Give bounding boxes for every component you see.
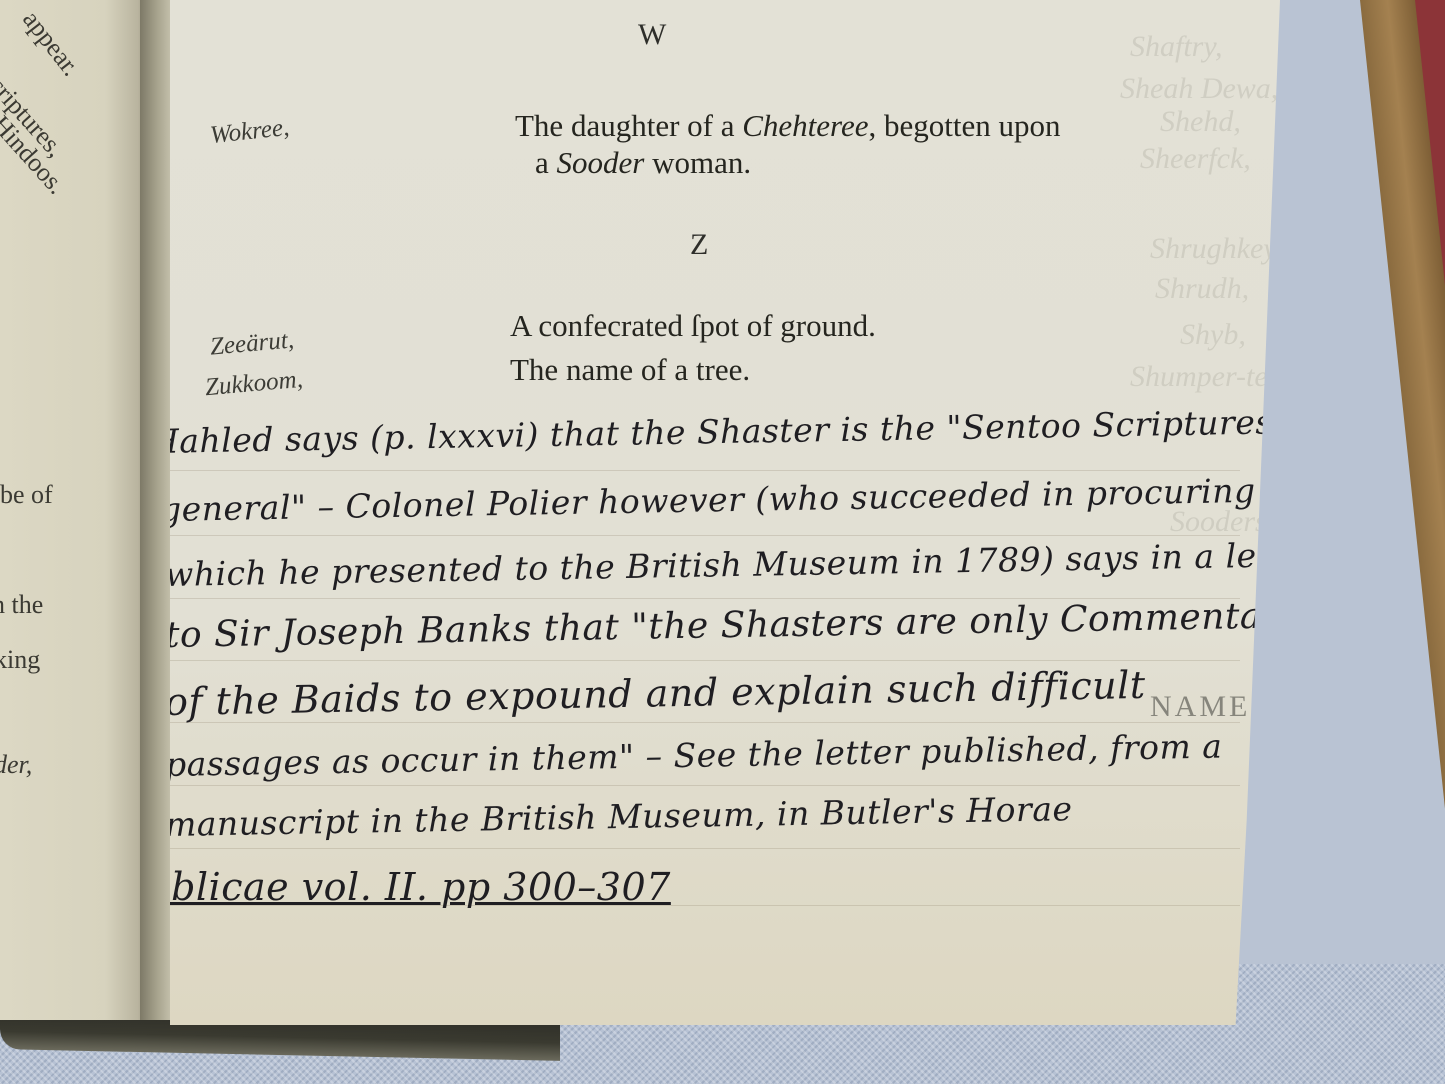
bleed-through-term: Shyb, <box>1180 318 1246 352</box>
section-letter-z: Z <box>690 228 709 262</box>
bleed-through-term: Sheerfck, <box>1140 142 1251 176</box>
entry-definition-continued: a Sooder woman. <box>535 145 751 181</box>
bleed-through-term: Shehd, <box>1160 105 1241 139</box>
handwritten-line: manuscript in the British Museum, in But… <box>165 789 1073 844</box>
bleed-through-term: Shumper-tee-huk, <box>1130 360 1342 394</box>
left-page: appear. Scriptures, Hindoos. be of n the… <box>0 0 150 1020</box>
handwritten-line: to Sir Joseph Banks that "the Shasters a… <box>165 595 1333 656</box>
bleed-through-heading: NAMES <box>1150 690 1270 724</box>
handwritten-line: passages as occur in them" – See the let… <box>165 727 1223 784</box>
left-fragment: king <box>0 645 40 675</box>
bleed-through-term: Shrudh, <box>1155 272 1249 306</box>
entry-definition: The name of a tree. <box>510 352 750 388</box>
left-fragment: be of <box>0 480 53 510</box>
entry-definition: A confecrated ſpot of ground. <box>510 308 876 344</box>
entry-term: Wokree, <box>209 114 291 150</box>
handwritten-line: Hahled says (p. lxxxvi) that the Shaster… <box>150 402 1317 461</box>
left-fragment: der, <box>0 750 32 780</box>
entry-definition: The daughter of a Chehteree, begotten up… <box>515 108 1060 144</box>
right-page: Shaftry, Sheah Dewa, Shehd, Sheerfck, Sh… <box>170 0 1280 1025</box>
entry-term: Zeeärut, <box>209 326 295 361</box>
handwritten-citation: Biblicae vol. II. pp 300–307 <box>130 865 671 909</box>
bleed-through-term: Sheah Dewa, <box>1120 72 1278 106</box>
handwritten-line: of the Baids to expound and explain such… <box>165 663 1146 724</box>
section-letter-w: W <box>638 18 667 52</box>
handwritten-line: which he presented to the British Museum… <box>165 535 1321 594</box>
bleed-through-term: Shrughkey, <box>1150 232 1282 266</box>
left-fragment: appear. <box>16 5 85 82</box>
left-fragment: n the <box>0 590 43 620</box>
entry-term: Zukkoom, <box>204 366 304 402</box>
bleed-through-term: Shaftry, <box>1130 30 1223 64</box>
